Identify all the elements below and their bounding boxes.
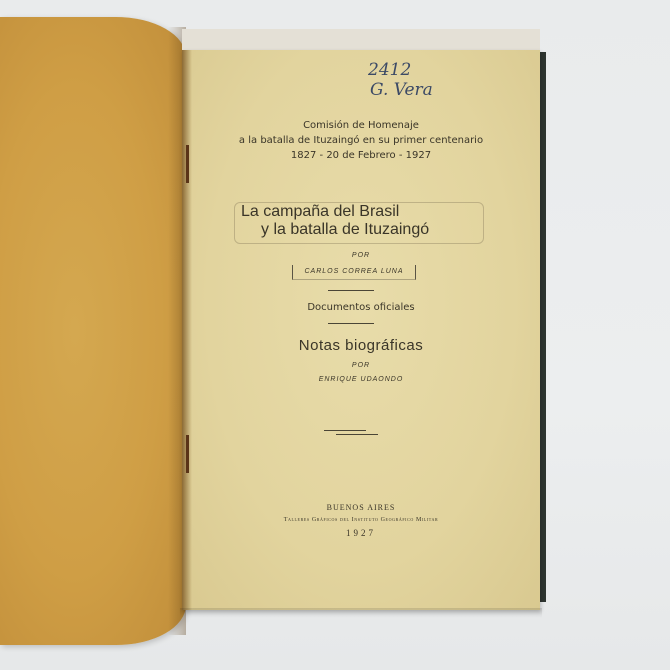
by-label-1: POR [182, 252, 540, 259]
author-1: CARLOS CORREA LUNA [292, 265, 416, 280]
commission-header: Comisión de Homenaje a la batalla de Itu… [182, 118, 540, 163]
handwritten-note: 2412 G. Vera [368, 60, 468, 100]
by-label-2: POR [182, 362, 540, 369]
title-page: 2412 G. Vera Comisión de Homenaje a la b… [182, 50, 540, 610]
section-documentos: Documentos oficiales [182, 302, 540, 313]
title-line-2: y la batalla de Ituzaingó [235, 221, 483, 239]
imprint-year: 1927 [182, 527, 540, 540]
handwritten-name: G. Vera [368, 80, 468, 100]
main-title: La campaña del Brasil y la batalla de It… [234, 202, 484, 244]
imprint-publisher: Talleres Gráficos del Instituto Geográfi… [182, 514, 540, 527]
ornament-rule-top [324, 430, 366, 431]
left-page [0, 17, 186, 645]
book-photo: 2412 G. Vera Comisión de Homenaje a la b… [0, 0, 670, 670]
book-cover-edge [540, 52, 546, 602]
ornament-rule-bottom [336, 434, 378, 435]
header-line-2: a la batalla de Ituzaingó en su primer c… [182, 133, 540, 148]
imprint: BUENOS AIRES Talleres Gráficos del Insti… [182, 501, 540, 540]
book-shadow [180, 608, 542, 618]
divider-rule [328, 290, 374, 291]
section-notas: Notas biográficas [182, 337, 540, 354]
header-line-3: 1827 - 20 de Febrero - 1927 [182, 148, 540, 163]
author-2: ENRIQUE UDAONDO [182, 376, 540, 383]
handwritten-catalog-number: 2412 [368, 60, 468, 80]
divider-rule [328, 323, 374, 324]
imprint-city: BUENOS AIRES [182, 501, 540, 514]
title-line-1: La campaña del Brasil [235, 203, 483, 221]
header-line-1: Comisión de Homenaje [182, 118, 540, 133]
